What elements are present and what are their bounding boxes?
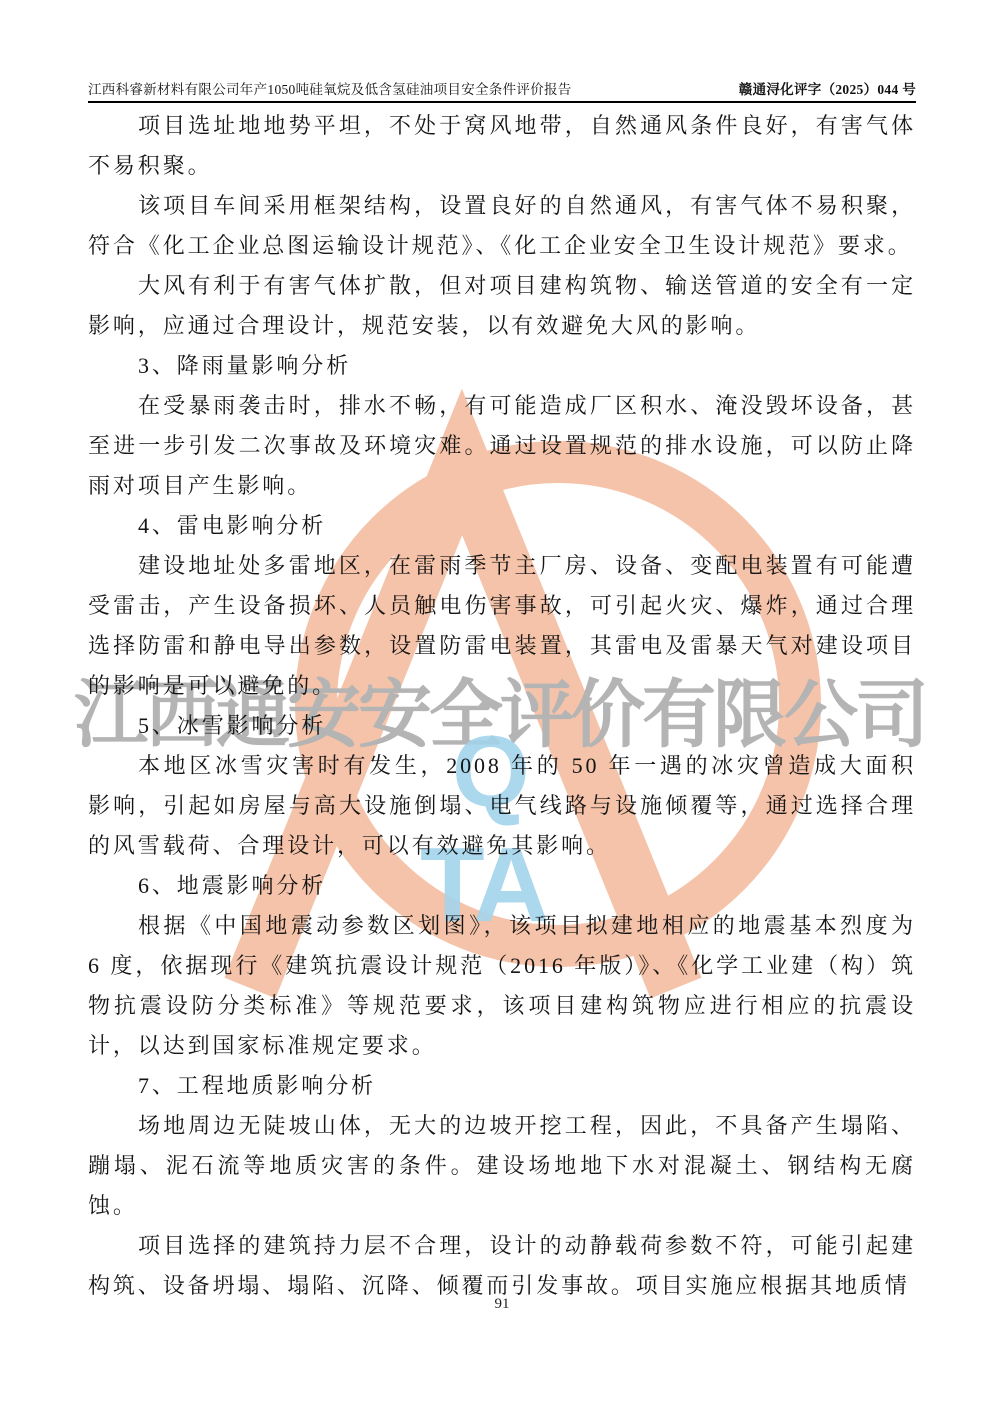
header-report-title: 江西科睿新材料有限公司年产1050吨硅氧烷及低含氢硅油项目安全条件评价报告 (88, 78, 572, 98)
section-heading: 7、工程地质影响分析 (88, 1066, 916, 1106)
document-page: 江西通安安全评价有限公司 Q TA 江西科睿新材料有限公司年产1050吨硅氧烷及… (0, 0, 1000, 1414)
section-heading: 6、地震影响分析 (88, 866, 916, 906)
body-text: 项目选址地地势平坦，不处于窝风地带，自然通风条件良好，有害气体不易积聚。 该项目… (88, 106, 916, 1306)
paragraph: 根据《中国地震动参数区划图》，该项目拟建地相应的地震基本烈度为 6 度，依据现行… (88, 906, 916, 1066)
header-document-number: 赣通浔化评字（2025）044 号 (739, 78, 916, 98)
paragraph: 建设地址处多雷地区，在雷雨季节主厂房、设备、变配电装置有可能遭受雷击，产生设备损… (88, 546, 916, 706)
section-heading: 4、雷电影响分析 (88, 506, 916, 546)
paragraph: 项目选址地地势平坦，不处于窝风地带，自然通风条件良好，有害气体不易积聚。 (88, 106, 916, 186)
paragraph: 该项目车间采用框架结构，设置良好的自然通风，有害气体不易积聚，符合《化工企业总图… (88, 186, 916, 266)
section-heading: 5、冰雪影响分析 (88, 706, 916, 746)
section-heading: 3、降雨量影响分析 (88, 346, 916, 386)
paragraph: 项目选择的建筑持力层不合理，设计的动静载荷参数不符，可能引起建构筑、设备坍塌、塌… (88, 1226, 916, 1306)
paragraph: 在受暴雨袭击时，排水不畅，有可能造成厂区积水、淹没毁坏设备，甚至进一步引发二次事… (88, 386, 916, 506)
page-header: 江西科睿新材料有限公司年产1050吨硅氧烷及低含氢硅油项目安全条件评价报告 赣通… (88, 78, 916, 103)
paragraph: 场地周边无陡坡山体，无大的边坡开挖工程，因此，不具备产生塌陷、蹦塌、泥石流等地质… (88, 1106, 916, 1226)
page-content: 江西科睿新材料有限公司年产1050吨硅氧烷及低含氢硅油项目安全条件评价报告 赣通… (0, 0, 1000, 1414)
page-number: 91 (88, 1296, 916, 1313)
paragraph: 本地区冰雪灾害时有发生，2008 年的 50 年一遇的冰灾曾造成大面积影响，引起… (88, 746, 916, 866)
paragraph: 大风有利于有害气体扩散，但对项目建构筑物、输送管道的安全有一定影响，应通过合理设… (88, 266, 916, 346)
